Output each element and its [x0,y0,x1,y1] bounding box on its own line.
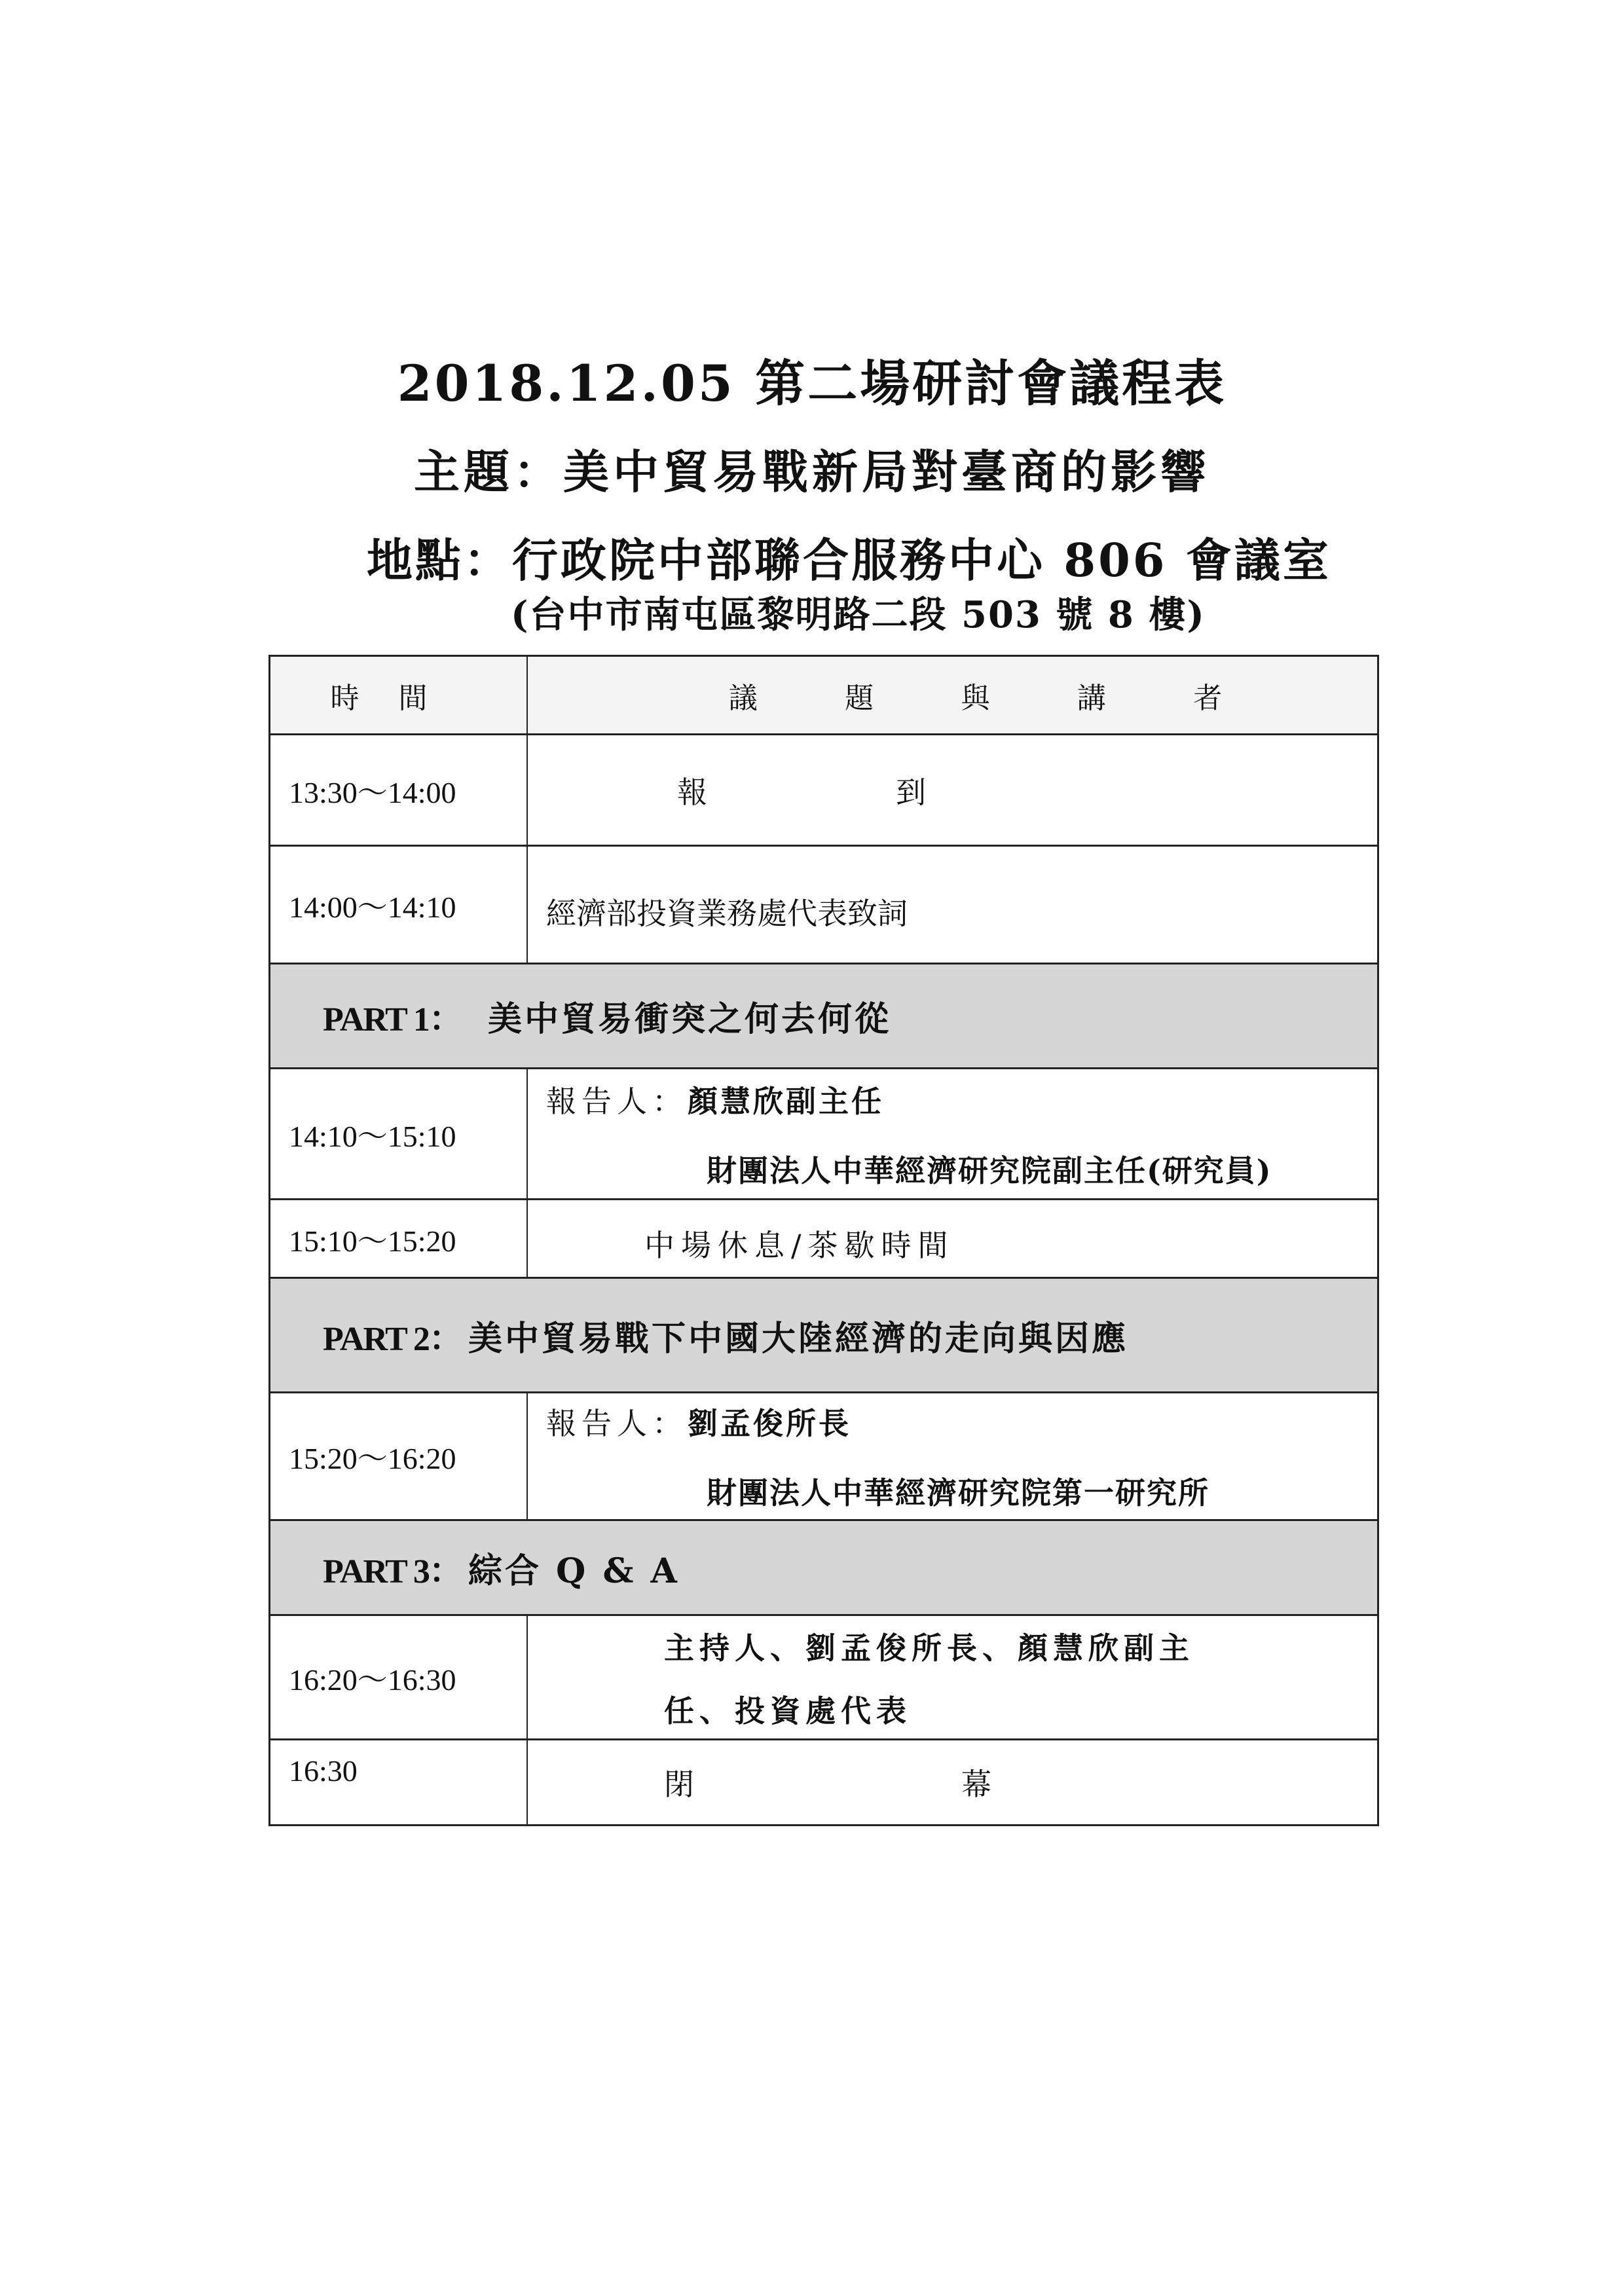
header-time: 時間 [270,657,528,733]
agenda-part-1: PART 1： 美中貿易衝突之何去何從 [270,964,1377,1069]
panel-line: 主持人、劉孟俊所長、顏慧欣副主 [664,1625,1377,1668]
agenda-row-closing: 16:30 閉 幕 [270,1740,1377,1824]
agenda-row-panel: 16:20～16:30 主持人、劉孟俊所長、顏慧欣副主 任、投資處代表 [270,1616,1377,1740]
break-text: 中場休息/茶歇時間 [644,1213,1377,1265]
agenda-part-3: PART 3： 綜合 Q & A [270,1521,1377,1616]
agenda-row-break: 15:10～15:20 中場休息/茶歇時間 [270,1200,1377,1279]
row-time: 14:10～15:10 [270,1069,528,1198]
agenda-row-registration: 13:30～14:00 報 到 [270,735,1377,847]
row-time: 13:30～14:00 [270,735,528,845]
speaker-organization: 財團法人中華經濟研究院第一研究所 [707,1469,1377,1513]
row-time: 15:20～16:20 [270,1393,528,1519]
closing-char: 閉 [664,1761,694,1804]
closing-char: 幕 [961,1761,991,1804]
registration-char: 到 [896,769,926,812]
row-time: 16:20～16:30 [270,1616,528,1738]
agenda-header-row: 時間 議 題 與 講 者 [270,657,1377,735]
document-venue: 地點：行政院中部聯合服務中心 806 會議室 [367,524,1331,590]
row-topic: 報告人： 劉孟俊所長 財團法人中華經濟研究院第一研究所 [528,1393,1377,1519]
agenda-table: 時間 議 題 與 講 者 13:30～14:00 報 到 14:00～14:10… [268,655,1379,1826]
speaker-organization: 財團法人中華經濟研究院副主任(研究員) [707,1147,1377,1190]
row-time: 15:10～15:20 [270,1200,528,1277]
document-topic: 主題：美中貿易戰新局對臺商的影響 [0,435,1624,502]
header-topic-char: 講 [1077,674,1106,716]
header-topic-char: 者 [1193,674,1222,716]
row-topic: 報 到 [528,735,1377,845]
part-title: 綜合 Q & A [468,1543,680,1592]
document-title: 2018.12.05 第二場研討會議程表 [0,344,1624,415]
agenda-row-opening-remarks: 14:00～14:10 經濟部投資業務處代表致詞 [270,847,1377,964]
part-label: PART 3： [323,1543,462,1592]
row-topic: 報告人： 顏慧欣副主任 財團法人中華經濟研究院副主任(研究員) [528,1069,1377,1198]
header-topic-char: 題 [845,674,874,716]
part-title: 美中貿易衝突之何去何從 [488,991,891,1040]
speaker-name: 劉孟俊所長 [688,1400,851,1443]
agenda-row-speaker-2: 15:20～16:20 報告人： 劉孟俊所長 財團法人中華經濟研究院第一研究所 [270,1393,1377,1521]
row-topic: 中場休息/茶歇時間 [528,1200,1377,1277]
header-topic: 議 題 與 講 者 [528,657,1377,733]
panel-line: 任、投資處代表 [664,1687,1377,1731]
part-label: PART 2： [323,1311,462,1360]
part-title: 美中貿易戰下中國大陸經濟的走向與因應 [468,1311,1128,1360]
header-topic-char: 議 [729,674,758,716]
agenda-row-speaker-1: 14:10～15:10 報告人： 顏慧欣副主任 財團法人中華經濟研究院副主任(研… [270,1069,1377,1200]
row-topic: 主持人、劉孟俊所長、顏慧欣副主 任、投資處代表 [528,1616,1377,1738]
opening-remarks-text: 經濟部投資業務處代表致詞 [546,877,1377,933]
header-topic-char: 與 [961,674,989,716]
speaker-prefix: 報告人： [546,1078,688,1121]
speaker-prefix: 報告人： [546,1400,688,1443]
document-address: (台中市南屯區黎明路二段 503 號 8 樓) [511,586,1206,638]
agenda-part-2: PART 2： 美中貿易戰下中國大陸經濟的走向與因應 [270,1279,1377,1393]
row-topic: 閉 幕 [528,1740,1377,1824]
row-time: 14:00～14:10 [270,847,528,963]
row-time: 16:30 [270,1740,528,1824]
registration-char: 報 [677,769,707,812]
speaker-name: 顏慧欣副主任 [688,1078,884,1121]
row-topic: 經濟部投資業務處代表致詞 [528,847,1377,963]
part-label: PART 1： [323,991,462,1040]
